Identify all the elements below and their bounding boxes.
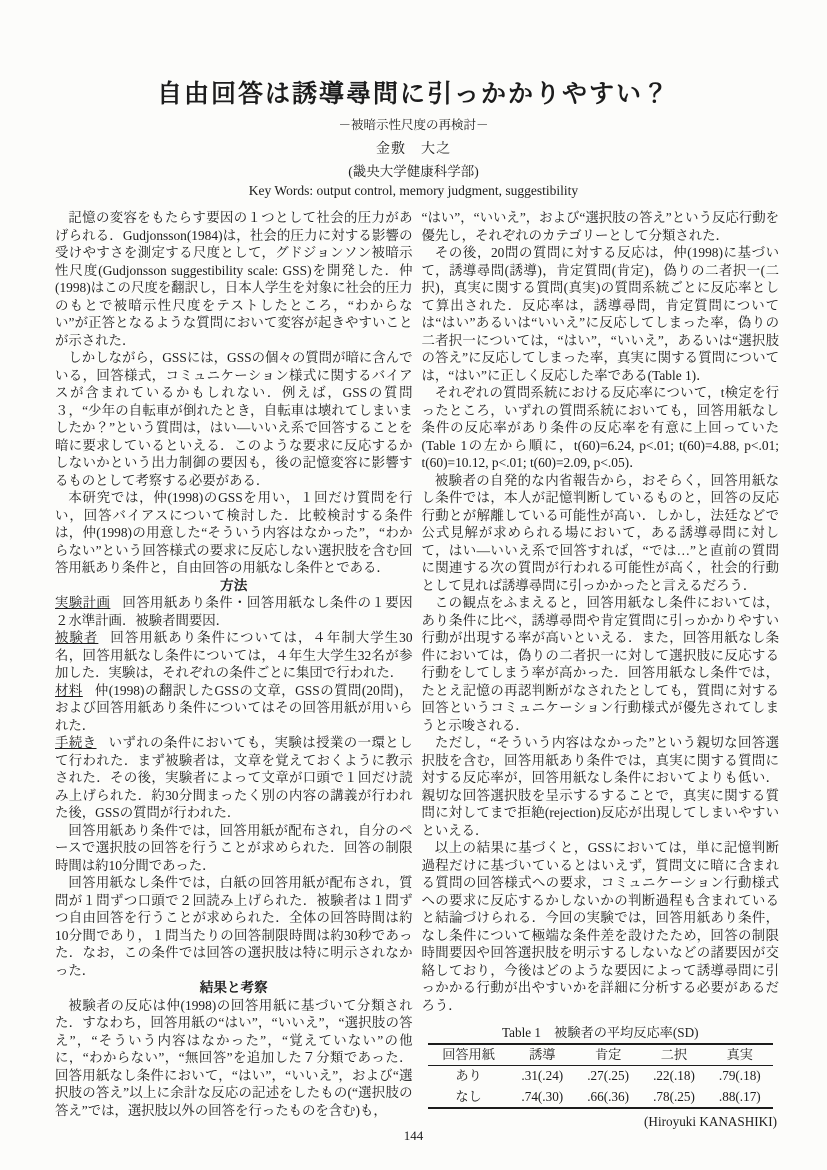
method-label: 実験計画 <box>55 595 110 610</box>
method-label: 被験者 <box>55 630 98 645</box>
paper-header: 自由回答は誘導尋問に引っかかりやすい？ －被暗示性尺度の再検討－ 金敷 大之 (… <box>0 0 827 199</box>
author-affiliation: (畿央大学健康科学部) <box>0 160 827 180</box>
table-cell: .78(.25) <box>641 1087 707 1109</box>
page-number: 144 <box>0 1128 827 1144</box>
table-cell: .88(.17) <box>707 1087 773 1109</box>
paragraph: しかしながら，GSSには，GSSの個々の質問が暗に含んでいる，回答様式，コミュニ… <box>55 349 413 489</box>
paragraph: “はい”，“いいえ”，および“選択肢の答え”という反応行動を優先し，それぞれのカ… <box>422 209 780 244</box>
section-heading: 方法 <box>55 577 413 595</box>
paragraph: その後，20問の質問に対する反応は，仲(1998)に基づいて，誘導尋問(誘導)，… <box>422 244 780 384</box>
paragraph-text: 回答用紙あり条件については，４年制大学生30名，回答用紙なし条件については，４年… <box>55 630 413 680</box>
paragraph: 以上の結果に基づくと，GSSにおいては，単に記憶判断過程だけに基づいているとはい… <box>422 839 780 1014</box>
paragraph: ただし，“そういう内容はなかった”という親切な回答選択肢を含む，回答用紙あり条件… <box>422 734 780 839</box>
row-label: あり <box>428 1066 510 1087</box>
column-header: 回答用紙 <box>428 1044 510 1066</box>
table-row: なし.74(.30).66(.36).78(.25).88(.17) <box>428 1087 773 1109</box>
column-header: 真実 <box>707 1044 773 1066</box>
table-cell: .31(.24) <box>509 1066 575 1087</box>
results-table-section: Table 1 被験者の平均反応率(SD)回答用紙誘導肯定二択真実あり.31(.… <box>422 1024 780 1131</box>
table-caption: Table 1 被験者の平均反応率(SD) <box>422 1024 780 1042</box>
labeled-paragraph: 材料仲(1998)の翻訳したGSSの文章，GSSの質問(20問)，および回答用紙… <box>55 682 413 735</box>
row-label: なし <box>428 1087 510 1109</box>
table-cell: .79(.18) <box>707 1066 773 1087</box>
table-header-row: 回答用紙誘導肯定二択真実 <box>428 1044 773 1066</box>
labeled-paragraph: 実験計画回答用紙あり条件・回答用紙なし条件の１要因２水準計画．被験者間要因． <box>55 594 413 629</box>
paper-subtitle: －被暗示性尺度の再検討－ <box>0 115 827 133</box>
paragraph-text: いずれの条件においても，実験は授業の一環として行われた．まず被験者は，文章を覚え… <box>55 735 413 820</box>
paragraph: 回答用紙あり条件では，回答用紙が配布され，自分のペースで選択肢の回答を行うことが… <box>55 822 413 875</box>
table-cell: .66(.36) <box>575 1087 641 1109</box>
paragraph-text: 仲(1998)の翻訳したGSSの文章，GSSの質問(20問)，および回答用紙あり… <box>55 683 413 733</box>
labeled-paragraph: 手続きいずれの条件においても，実験は授業の一環として行われた．まず被験者は，文章… <box>55 734 413 822</box>
section-heading: 結果と考察 <box>55 979 413 997</box>
keywords-line: Key Words: output control, memory judgme… <box>0 183 827 199</box>
left-column: 記憶の変容をもたらす要因の１つとして社会的圧力があげられる．Gudjonsson… <box>55 209 413 1141</box>
right-column: “はい”，“いいえ”，および“選択肢の答え”という反応行動を優先し，それぞれのカ… <box>422 209 780 1141</box>
two-column-body: 記憶の変容をもたらす要因の１つとして社会的圧力があげられる．Gudjonsson… <box>0 199 827 1141</box>
author-name: 金敷 大之 <box>0 138 827 158</box>
method-label: 材料 <box>55 683 83 698</box>
table-cell: .27(.25) <box>575 1066 641 1087</box>
paragraph: 記憶の変容をもたらす要因の１つとして社会的圧力があげられる．Gudjonsson… <box>55 209 413 349</box>
results-table: 回答用紙誘導肯定二択真実あり.31(.24).27(.25).22(.18).7… <box>428 1043 773 1110</box>
table-cell: .22(.18) <box>641 1066 707 1087</box>
paragraph: 被験者の反応は仲(1998)の回答用紙に基づいて分類された．すなわち，回答用紙の… <box>55 997 413 1120</box>
paper-title: 自由回答は誘導尋問に引っかかりやすい？ <box>0 78 827 112</box>
column-header: 肯定 <box>575 1044 641 1066</box>
method-label: 手続き <box>55 735 97 750</box>
paragraph: この観点をふまえると，回答用紙なし条件においては，あり条件に比べ，誘導尋問や肯定… <box>422 594 780 734</box>
column-header: 二択 <box>641 1044 707 1066</box>
paragraph: 本研究では，仲(1998)のGSSを用い，１回だけ質問を行い，回答バイアスについ… <box>55 489 413 577</box>
column-header: 誘導 <box>509 1044 575 1066</box>
paragraph: 被験者の自発的な内省報告から，おそらく，回答用紙なし条件では，本人が記憶判断して… <box>422 472 780 595</box>
table-cell: .74(.30) <box>509 1087 575 1109</box>
paragraph: それぞれの質問系統における反応率について，t検定を行ったところ，いずれの質問系統… <box>422 384 780 472</box>
paper-page: 自由回答は誘導尋問に引っかかりやすい？ －被暗示性尺度の再検討－ 金敷 大之 (… <box>0 0 827 1170</box>
table-row: あり.31(.24).27(.25).22(.18).79(.18) <box>428 1066 773 1087</box>
paragraph: 回答用紙なし条件では，白紙の回答用紙が配布され，質問が１問ずつ口頭で２回読み上げ… <box>55 874 413 979</box>
labeled-paragraph: 被験者回答用紙あり条件については，４年制大学生30名，回答用紙なし条件については… <box>55 629 413 682</box>
